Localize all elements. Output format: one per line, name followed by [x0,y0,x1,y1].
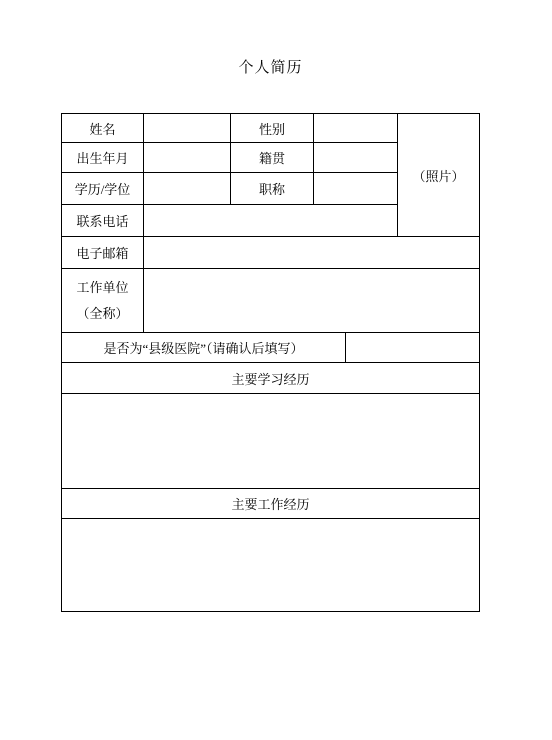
education-history-header-row: 主要学习经历 [62,363,480,394]
gender-value-cell[interactable] [314,114,398,143]
education-history-header: 主要学习经历 [62,363,480,394]
personal-info-section: 姓名 性别 出生年月 籍贯 学历/学位 职称 [62,114,480,237]
native-place-label: 籍贯 [231,143,314,173]
work-history-header-row: 主要工作经历 [62,489,480,519]
birth-native-row: 出生年月 籍贯 [62,143,398,173]
phone-value-cell[interactable] [144,205,398,237]
work-unit-label: 工作单位 （全称） [62,269,144,333]
education-title-row: 学历/学位 职称 [62,173,398,205]
name-gender-row: 姓名 性别 [62,114,398,143]
email-row: 电子邮箱 [62,237,480,269]
work-unit-label-line2: （全称） [76,301,128,327]
phone-row: 联系电话 [62,205,398,237]
education-degree-label: 学历/学位 [62,173,144,205]
name-label: 姓名 [62,114,144,143]
education-history-content-cell[interactable] [62,394,480,489]
resume-form-table: 姓名 性别 出生年月 籍贯 学历/学位 职称 [61,113,480,612]
email-value-cell[interactable] [144,237,480,269]
resume-document-page: 个人简历 姓名 性别 出生年月 籍贯 学历/学位 [0,0,552,740]
name-value-cell[interactable] [144,114,231,143]
page-title: 个人简历 [61,56,480,77]
county-hospital-question-label: 是否为“县级医院”（请确认后填写） [62,333,346,363]
education-degree-value-cell[interactable] [144,173,231,205]
work-history-content-row [62,519,480,612]
native-place-value-cell[interactable] [314,143,398,173]
gender-label: 性别 [231,114,314,143]
county-hospital-row: 是否为“县级医院”（请确认后填写） [62,333,480,363]
phone-label: 联系电话 [62,205,144,237]
birth-date-value-cell[interactable] [144,143,231,173]
work-unit-label-line1: 工作单位 [76,275,128,301]
photo-placeholder-cell[interactable]: （照片） [398,114,480,237]
work-unit-row: 工作单位 （全称） [62,269,480,333]
professional-title-label: 职称 [231,173,314,205]
work-unit-value-cell[interactable] [144,269,480,333]
county-hospital-value-cell[interactable] [346,333,480,363]
professional-title-value-cell[interactable] [314,173,398,205]
work-history-header: 主要工作经历 [62,489,480,519]
work-history-content-cell[interactable] [62,519,480,612]
birth-date-label: 出生年月 [62,143,144,173]
education-history-content-row [62,394,480,489]
email-label: 电子邮箱 [62,237,144,269]
